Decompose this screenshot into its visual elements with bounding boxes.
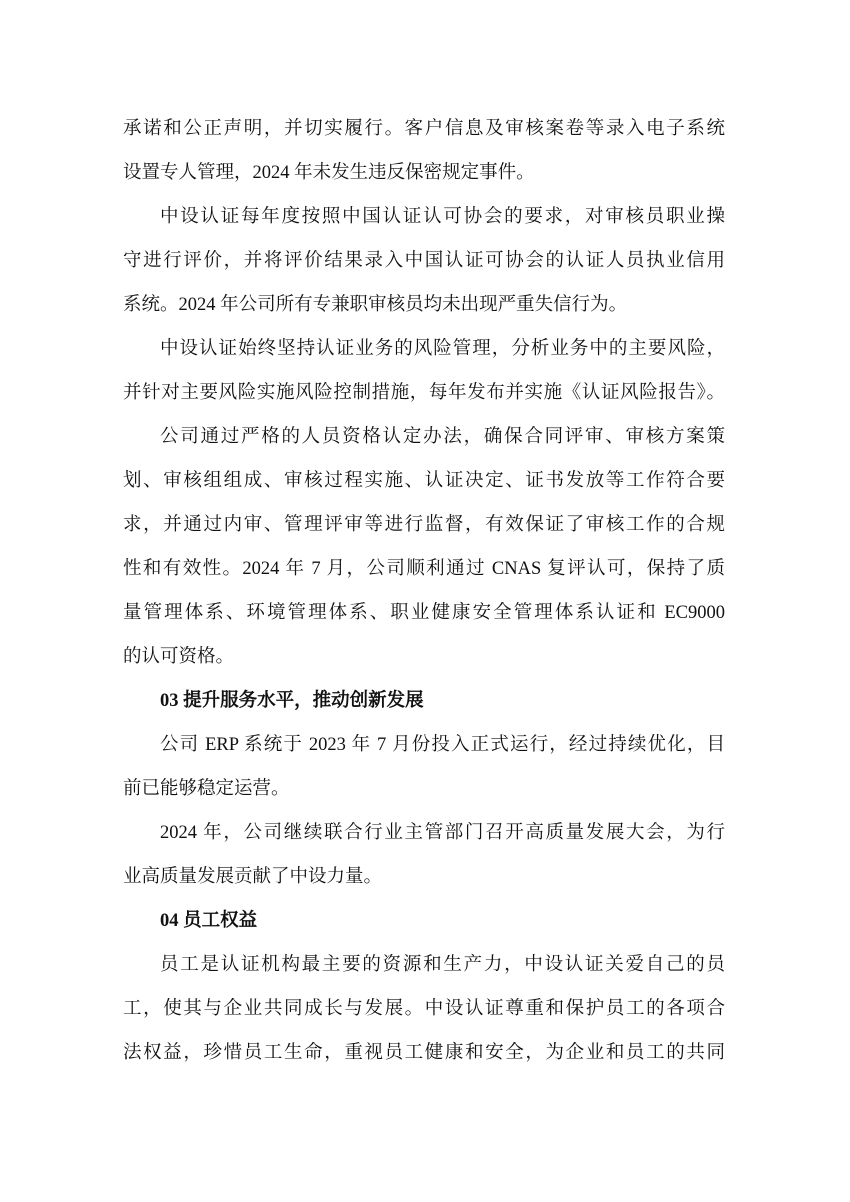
document-viewport: { "page": { "background": "#ffffff", "te…: [0, 0, 850, 1202]
text-line: 承诺和公正声明，并切实履行。客户信息及审核案卷等录入电子系统: [123, 107, 725, 151]
text-line: 前已能够稳定运营。: [123, 767, 725, 811]
text-line: 工，使其与企业共同成长与发展。中设认证尊重和保护员工的各项合: [123, 987, 725, 1031]
text-line: 中设认证每年度按照中国认证认可协会的要求，对审核员职业操: [123, 195, 725, 239]
text-line: 守进行评价，并将评价结果录入中国认证可协会的认证人员执业信用: [123, 239, 725, 283]
text-line: 公司 ERP 系统于 2023 年 7 月份投入正式运行，经过持续优化，目: [123, 723, 725, 767]
text-line: 划、审核组组成、审核过程实施、认证决定、证书发放等工作符合要: [123, 459, 725, 503]
section-heading-line: 04 员工权益: [123, 899, 725, 943]
document-body: 承诺和公正声明，并切实履行。客户信息及审核案卷等录入电子系统设置专人管理，202…: [123, 107, 725, 1075]
section-heading-line: 03 提升服务水平，推动创新发展: [123, 679, 725, 723]
text-line: 系统。2024 年公司所有专兼职审核员均未出现严重失信行为。: [123, 283, 725, 327]
text-line: 中设认证始终坚持认证业务的风险管理，分析业务中的主要风险，: [123, 327, 725, 371]
text-line: 性和有效性。2024 年 7 月，公司顺利通过 CNAS 复评认可，保持了质: [123, 547, 725, 591]
text-line: 并针对主要风险实施风险控制措施，每年发布并实施《认证风险报告》。: [123, 371, 725, 415]
text-line: 公司通过严格的人员资格认定办法，确保合同评审、审核方案策: [123, 415, 725, 459]
text-line: 量管理体系、环境管理体系、职业健康安全管理体系认证和 EC9000: [123, 591, 725, 635]
text-line: 法权益，珍惜员工生命，重视员工健康和安全，为企业和员工的共同: [123, 1031, 725, 1075]
document-page: 承诺和公正声明，并切实履行。客户信息及审核案卷等录入电子系统设置专人管理，202…: [0, 0, 850, 1202]
text-line: 设置专人管理，2024 年未发生违反保密规定事件。: [123, 151, 725, 195]
text-line: 的认可资格。: [123, 635, 725, 679]
text-line: 求，并通过内审、管理评审等进行监督，有效保证了审核工作的合规: [123, 503, 725, 547]
text-line: 业高质量发展贡献了中设力量。: [123, 855, 725, 899]
text-line: 2024 年，公司继续联合行业主管部门召开高质量发展大会，为行: [123, 811, 725, 855]
text-line: 员工是认证机构最主要的资源和生产力，中设认证关爱自己的员: [123, 943, 725, 987]
